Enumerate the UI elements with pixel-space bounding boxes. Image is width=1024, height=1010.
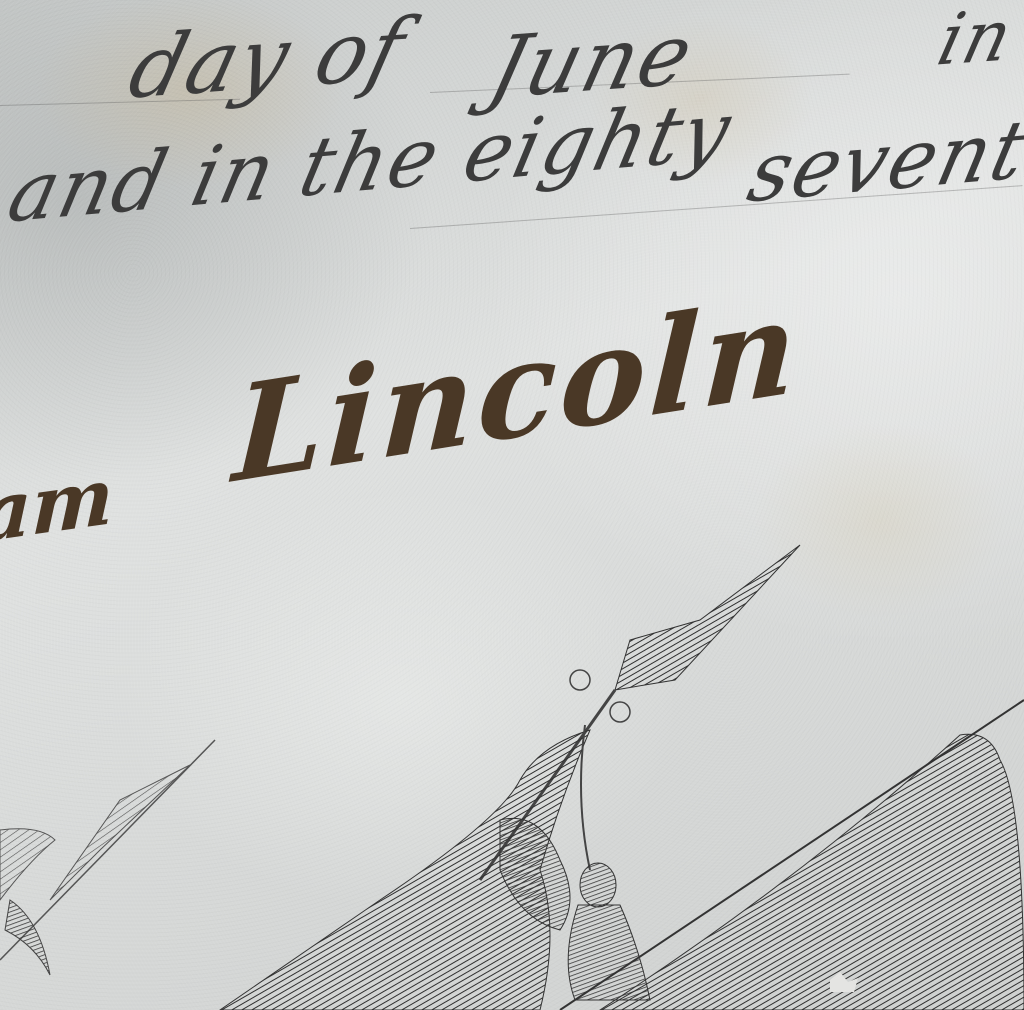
handwriting-and-in-the-eighty: and in the eighty — [0, 83, 741, 241]
signature-last-name: Lincoln — [230, 267, 804, 513]
flag-right-icon — [560, 700, 1024, 1010]
spear-tip-left-icon — [0, 740, 215, 975]
handwriting-seventh: seventh — [740, 97, 1024, 221]
document-photo: day of June in t and in the eighty seven… — [0, 0, 1024, 1010]
handwriting-day-of: day of — [120, 0, 416, 118]
handwriting-in-the: in t — [930, 0, 1024, 82]
flag-center-icon — [220, 730, 590, 1010]
engraved-flags-illustration — [0, 540, 1024, 1010]
